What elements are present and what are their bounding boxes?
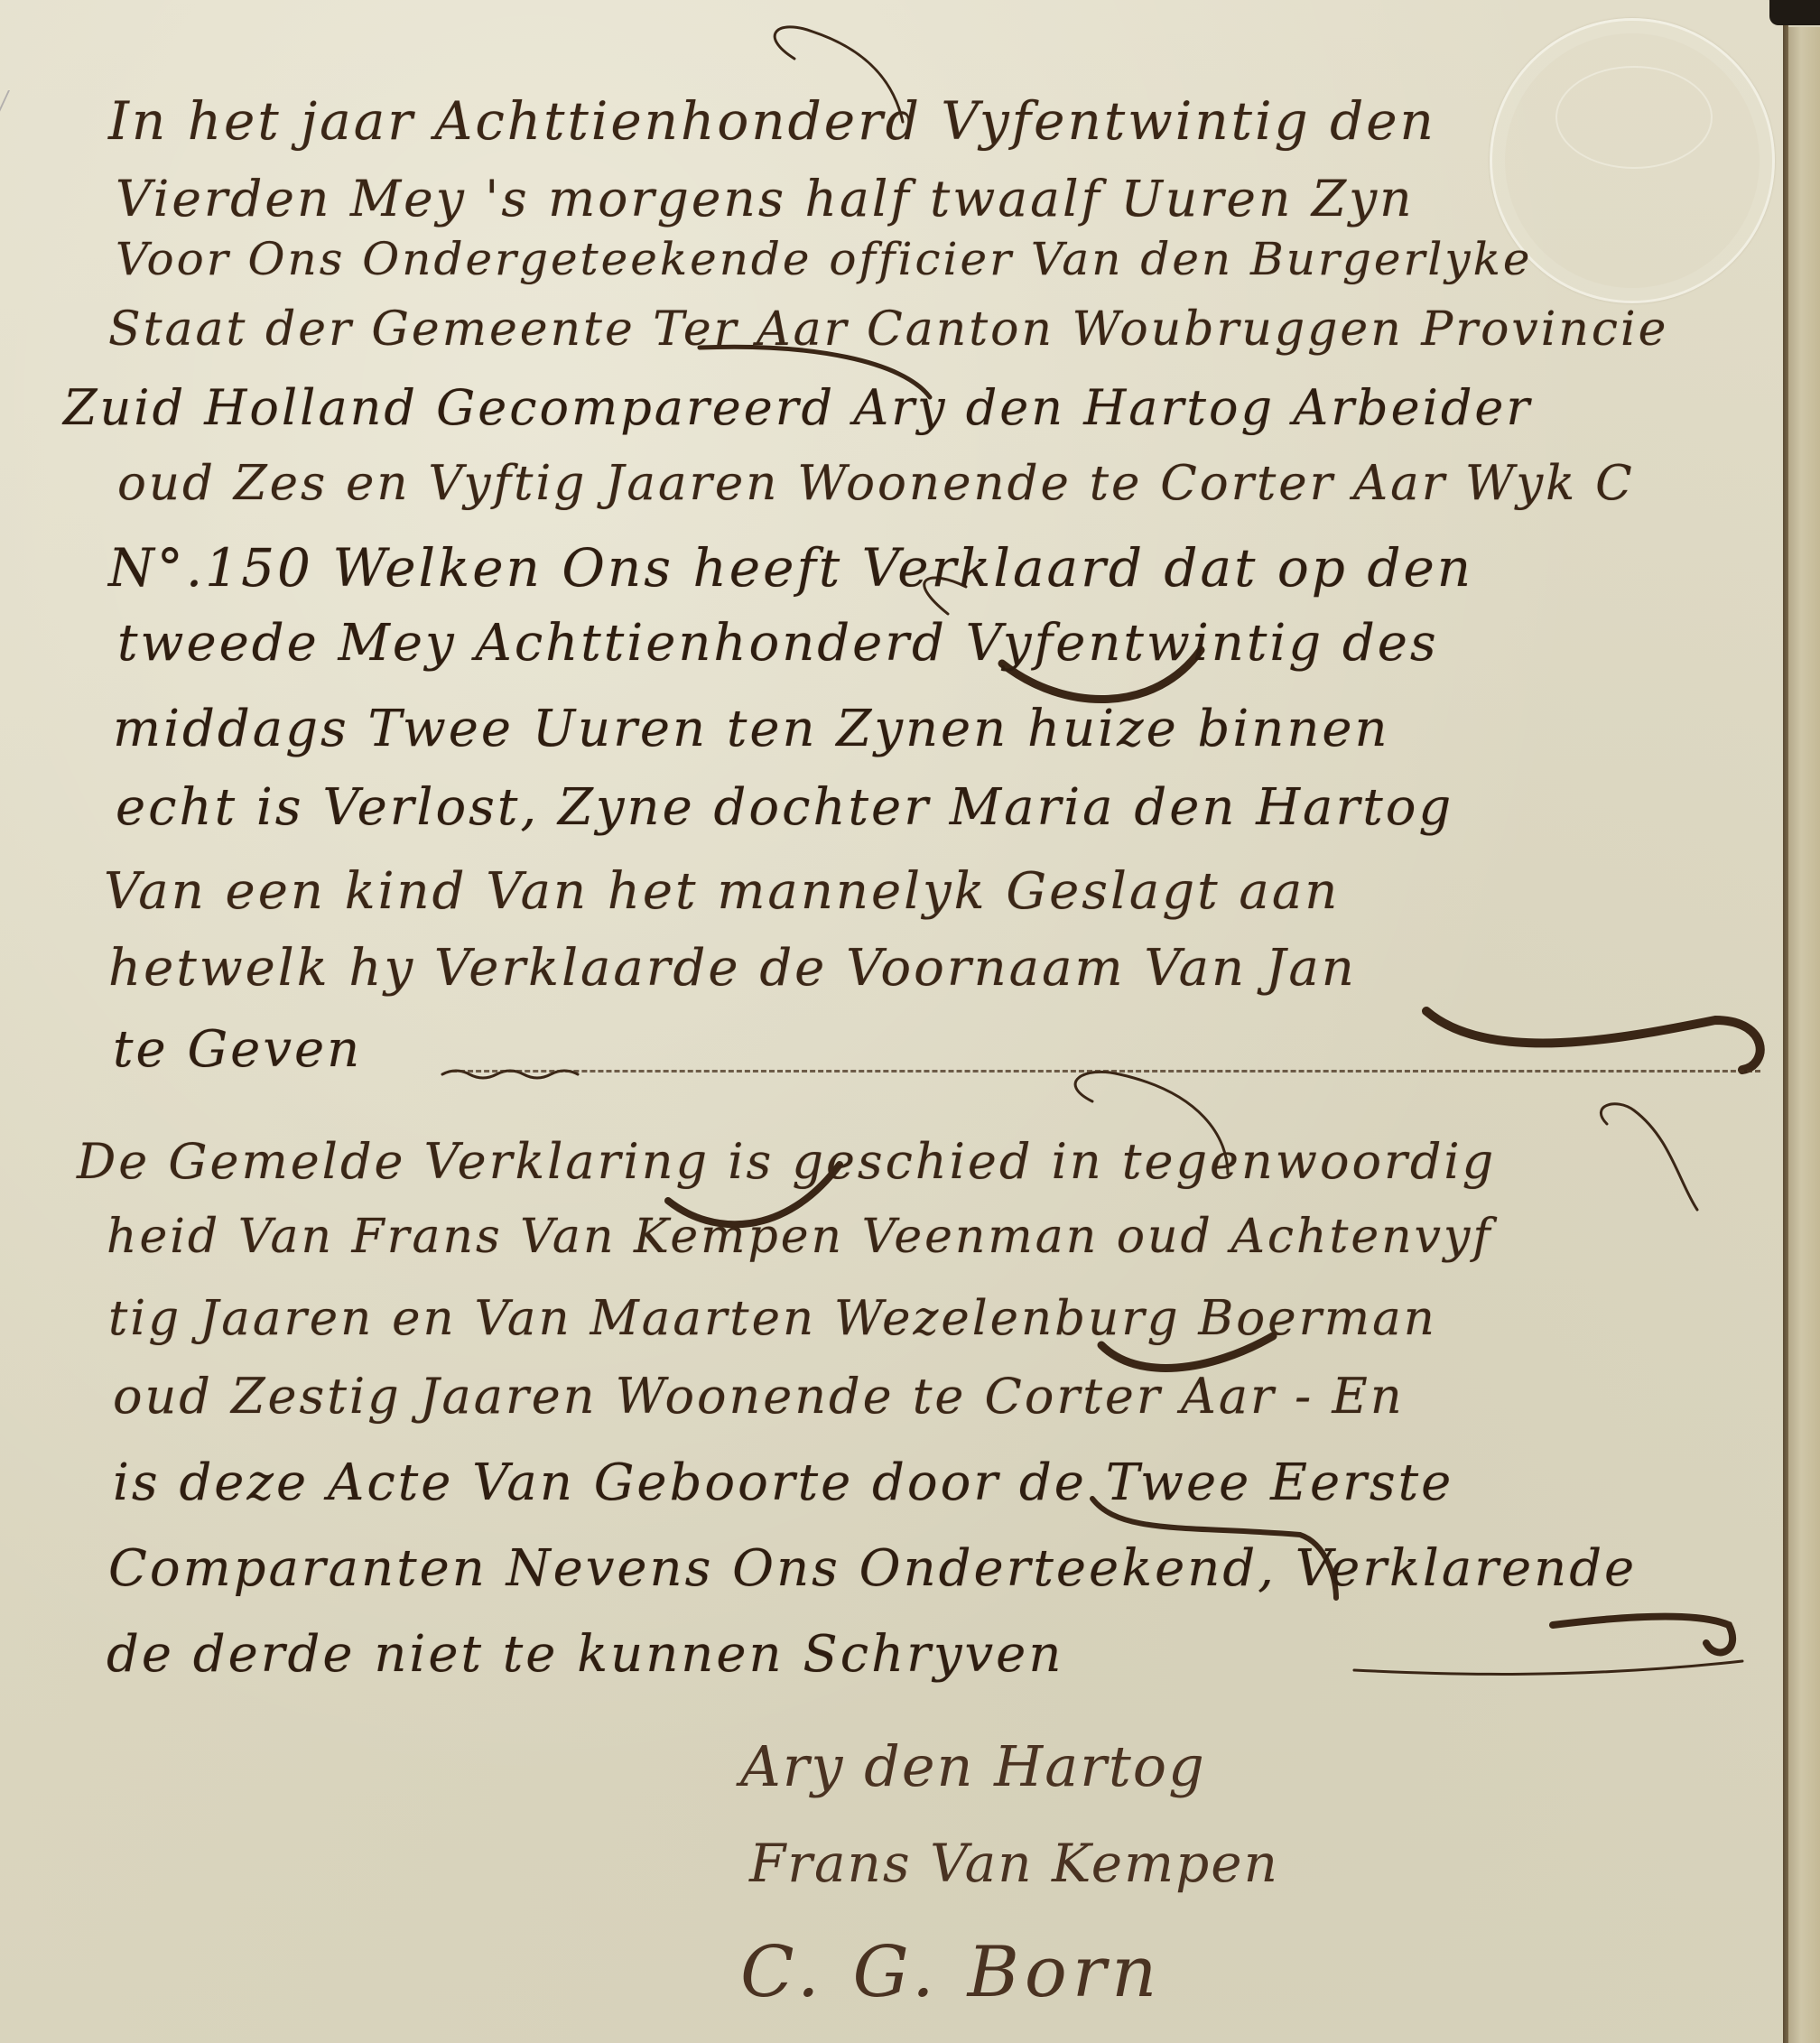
record-line-8: tweede Mey Achttienhonderd Vyfentwintig … (117, 614, 1439, 673)
signature-c-g-born: C. G. Born (740, 1932, 1162, 2013)
record-line-14: De Gemelde Verklaring is geschied in teg… (77, 1133, 1496, 1190)
record-line-2: Vierden Mey 's morgens half twaalf Uuren… (116, 170, 1415, 228)
signature-ary-den-hartog: Ary den Hartog (740, 1733, 1206, 1799)
record-line-3: Voor Ons Ondergeteekende officier Van de… (116, 233, 1532, 285)
book-cover-corner (1769, 0, 1820, 25)
record-line-12: hetwelk hy Verklaarde de Voornaam Van Ja… (108, 939, 1357, 998)
record-line-13: te Geven (113, 1020, 362, 1079)
record-line-5: Zuid Holland Gecompareerd Ary den Hartog… (63, 379, 1532, 436)
record-line-11: Van een kind Van het mannelyk Geslagt aa… (104, 862, 1340, 921)
record-line-7: N°.150 Welken Ons heeft Verklaard dat op… (108, 537, 1473, 599)
record-line-4: Staat der Gemeente Ter Aar Canton Woubru… (108, 302, 1668, 357)
record-line-17: oud Zestig Jaaren Woonende te Corter Aar… (113, 1368, 1405, 1425)
record-line-1: In het jaar Achttienhonderd Vyfentwintig… (108, 90, 1436, 152)
record-line-16: tig Jaaren en Van Maarten Wezelenburg Bo… (108, 1291, 1437, 1346)
signature-frans-van-kempen: Frans Van Kempen (749, 1833, 1279, 1894)
record-line-10: echt is Verlost, Zyne dochter Maria den … (116, 778, 1453, 837)
record-line-18: is deze Acte Van Geboorte door de Twee E… (113, 1453, 1453, 1512)
document-page: In het jaar Achttienhonderd Vyfentwintig… (0, 0, 1783, 2043)
record-line-9: middags Twee Uuren ten Zynen huize binne… (113, 700, 1390, 758)
record-line-20: de derde niet te kunnen Schryven (107, 1625, 1063, 1684)
book-page-edge (1788, 27, 1820, 2043)
record-line-19: Comparanten Nevens Ons Onderteekend, Ver… (108, 1539, 1637, 1598)
margin-mark (0, 90, 30, 117)
line-filler-dashes (451, 1070, 1760, 1073)
record-line-6: oud Zes en Vyftig Jaaren Woonende te Cor… (117, 456, 1635, 511)
record-line-15: heid Van Frans Van Kempen Veenman oud Ac… (107, 1210, 1493, 1264)
seal-crest-icon (1555, 66, 1713, 169)
